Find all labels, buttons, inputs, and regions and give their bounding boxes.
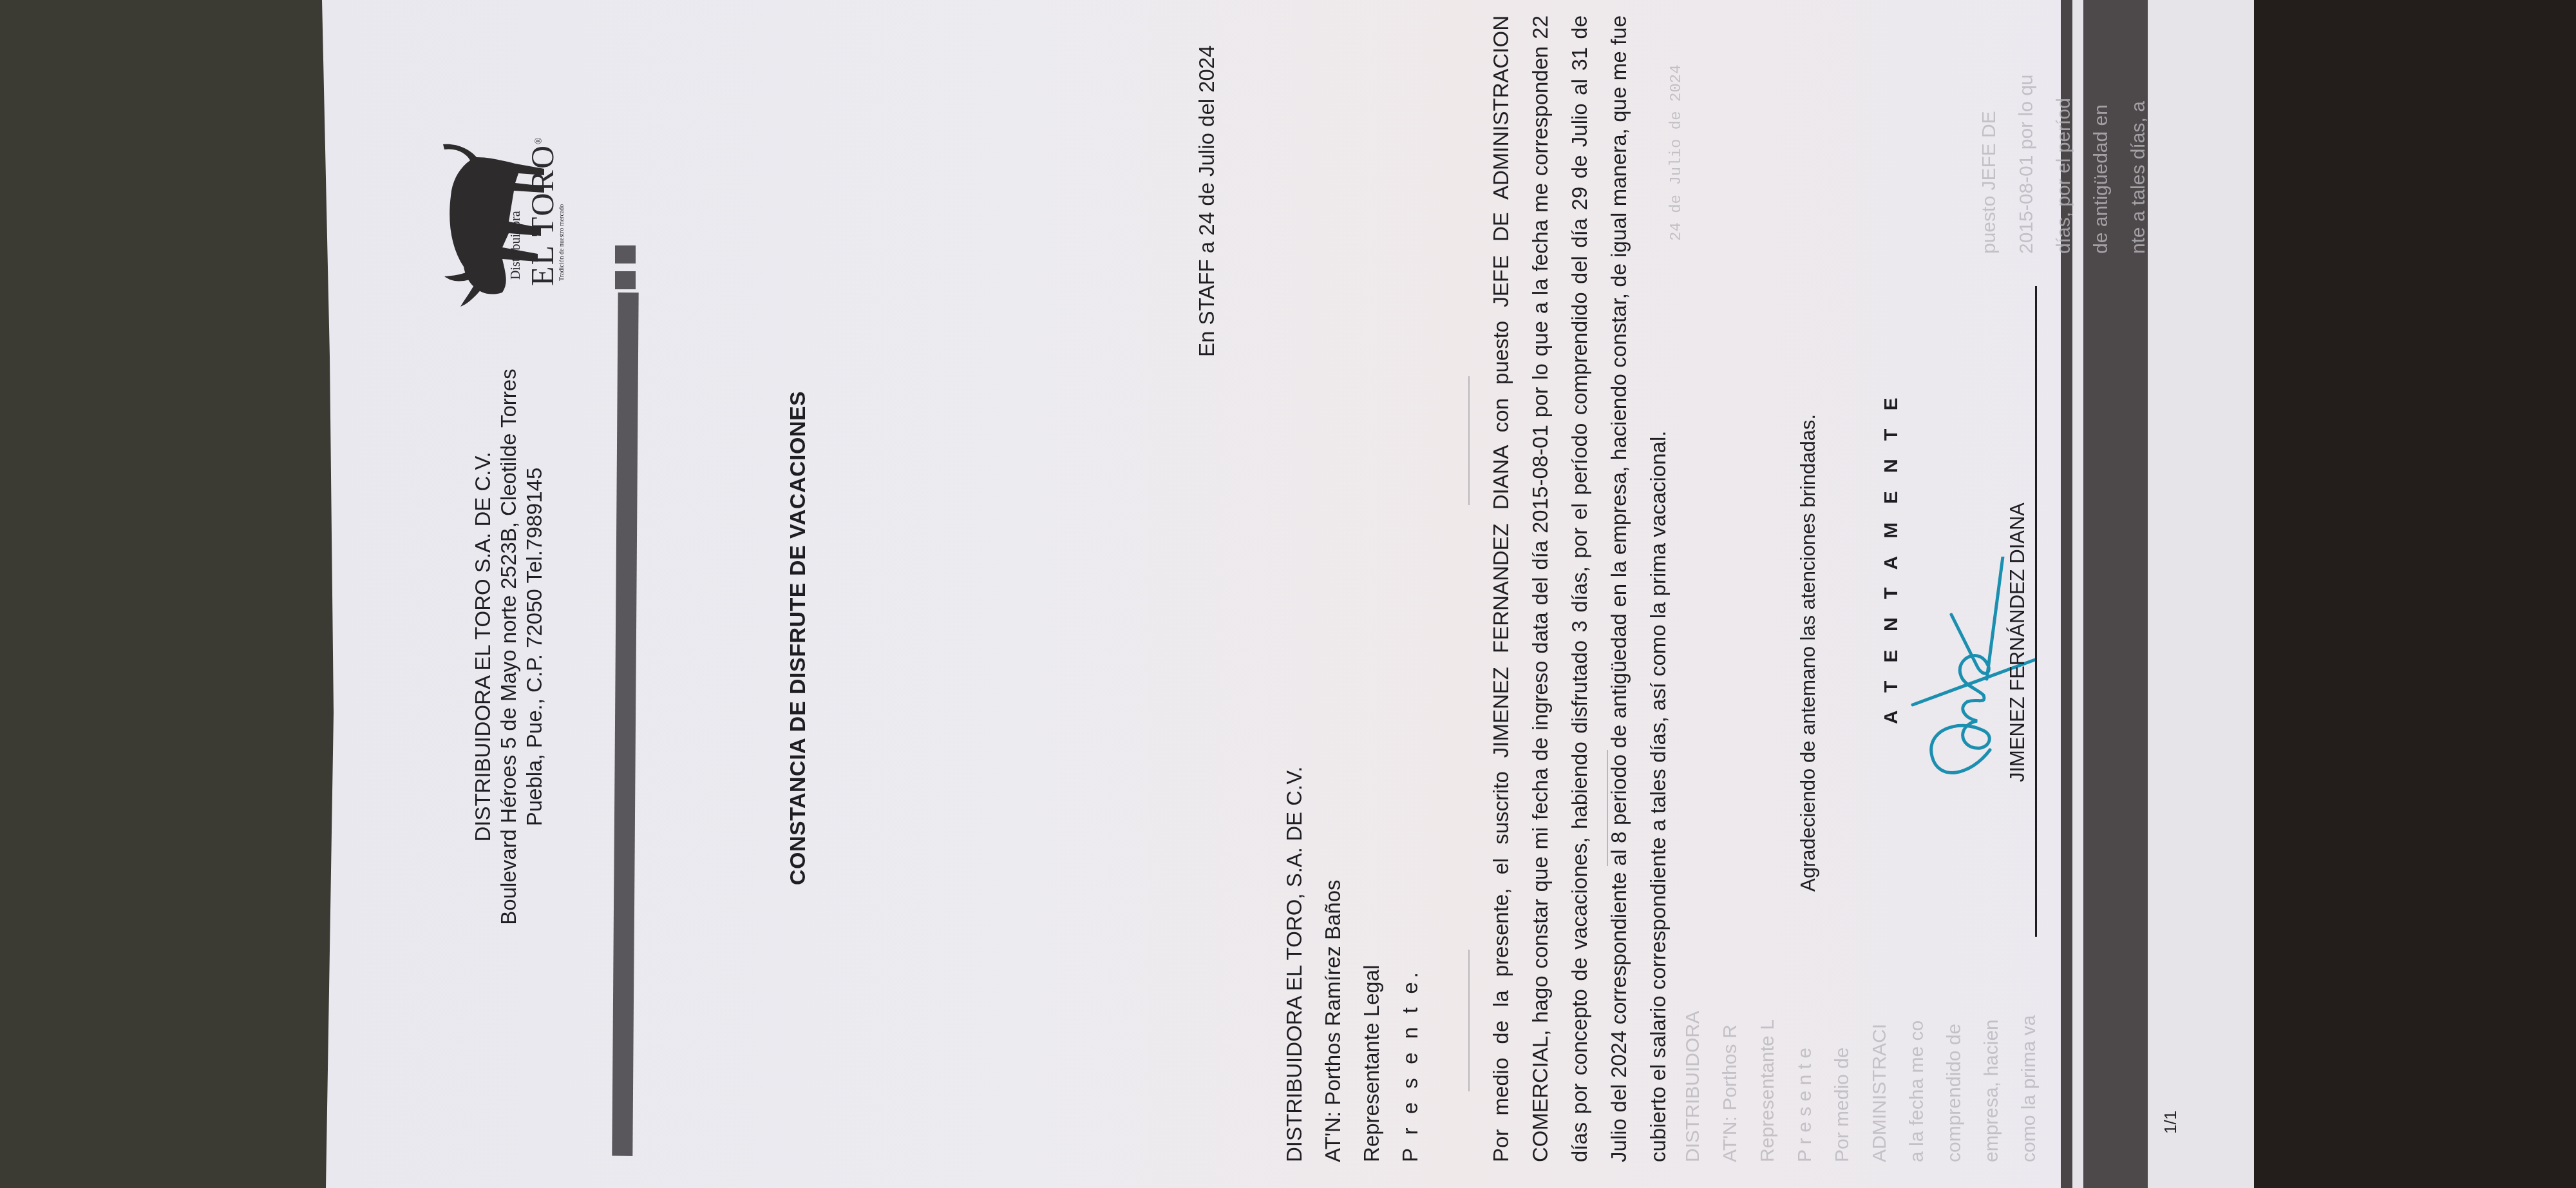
header-bar-long [612, 292, 638, 1156]
bleed-through-line: como la prima va [2011, 1011, 2048, 1162]
page-indicator: 1/1 [2161, 1111, 2181, 1134]
recipient-company: DISTRIBUIDORA EL TORO, S.A. DE C.V. [1275, 767, 1314, 1162]
closing-line: Agradeciendo de antemano las atenciones … [1797, 414, 1820, 892]
desk-background [0, 0, 335, 1188]
bleed-through-date: 24 de Julio de 2024 [1668, 64, 1685, 241]
bleed-through-line: de antigüedad en [2083, 74, 2120, 254]
paper-crease [1468, 376, 1470, 505]
bleed-through-line: a la fecha me co [1899, 1011, 1936, 1162]
header-bar-short [615, 271, 636, 289]
document-title: CONSTANCIA DE DISFRUTE DE VACACIONES [786, 391, 811, 885]
company-address: Boulevard Héroes 5 de Mayo norte 2523B, … [496, 357, 522, 937]
bleed-through-line: AT'N: Porthos R [1712, 1011, 1749, 1162]
recipient-attention: AT'N: Porthos Ramírez Baños [1314, 767, 1352, 1162]
bleed-through-line: días, por el períod [2045, 74, 2083, 254]
bleed-through-right: puesto JEFE DE2015-08-01 por lo qudías, … [1971, 74, 2157, 254]
desk-background-right [2202, 0, 2576, 1188]
bleed-through-line: comprendido de [1936, 1011, 1973, 1162]
paper-crease [1607, 750, 1608, 866]
company-name: DISTRIBUIDORA EL TORO S.A. DE C.V. [470, 357, 496, 937]
bleed-through-line: nte a tales días, a [2120, 74, 2157, 254]
bleed-through-line: Por medio de [1824, 1011, 1861, 1162]
signatory-name: JIMENEZ FERNÁNDEZ DIANA [2006, 503, 2029, 782]
logo-wordmark: Distribuidora EL TORO® Tradición de nues… [509, 136, 565, 286]
vacation-certificate-document: DISTRIBUIDORA EL TORO S.A. DE C.V. Boule… [322, 0, 2061, 1188]
logo-brand: EL TORO® [524, 136, 558, 286]
paper-crease [1468, 950, 1470, 1091]
bleed-through-line: P r e s e n t e [1786, 1011, 1824, 1162]
company-header: DISTRIBUIDORA EL TORO S.A. DE C.V. Boule… [470, 357, 547, 937]
bleed-through-line: ADMINISTRACI [1861, 1011, 1899, 1162]
header-bar-short [615, 245, 636, 263]
bleed-through-line: puesto JEFE DE [1971, 74, 2008, 254]
bleed-through-line: empresa, hacien [1973, 1011, 2011, 1162]
company-city-phone: Puebla, Pue., C.P. 72050 Tel.7989145 [522, 357, 547, 937]
bleed-through-line: Representante L [1749, 1011, 1786, 1162]
body-paragraph: Por medio de la presente, el suscrito JI… [1481, 15, 1678, 1162]
date-line: En STAFF a 24 de Julio del 2024 [1195, 45, 1219, 357]
signature-line [2035, 286, 2037, 937]
bleed-through-line: 2015-08-01 por lo qu [2008, 74, 2045, 254]
recipient-role: Representante Legal [1352, 767, 1391, 1162]
recipient-block: DISTRIBUIDORA EL TORO, S.A. DE C.V. AT'N… [1275, 767, 1430, 1162]
recipient-greeting: P r e s e n t e. [1391, 767, 1430, 1162]
bleed-through-line: DISTRIBUIDORA [1674, 1011, 1712, 1162]
bleed-through-left: DISTRIBUIDORAAT'N: Porthos RRepresentant… [1674, 1011, 2048, 1162]
